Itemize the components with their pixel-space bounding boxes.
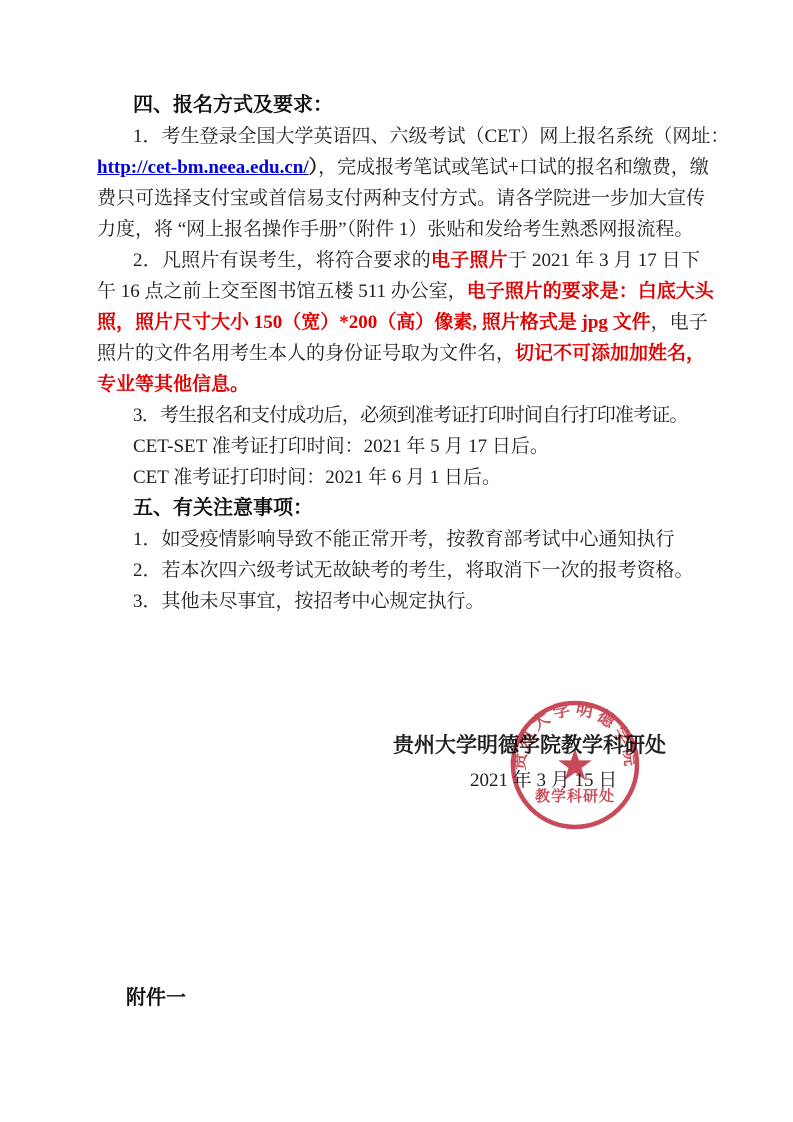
notice-item-1: 1．如受疫情影响导致不能正常开考，按教育部考试中心通知执行 — [97, 524, 700, 555]
notice-item-2: 2．若本次四六级考试无故缺考的考生，将取消下一次的报考资格。 — [97, 555, 700, 586]
para-2-line-3: 照，照片尺寸大小 150（宽）*200（高）像素, 照片格式是 jpg 文件，电… — [97, 307, 700, 338]
para-1-line-1: 1．考生登录全国大学英语四、六级考试（CET）网上报名系统（网址： — [97, 121, 700, 152]
section-heading-5-text: 五、有关注意事项： — [133, 497, 313, 519]
para-3-text: 3．考生报名和支付成功后，必须到准考证打印时间自行打印准考证。 — [133, 405, 688, 426]
cet-set-print-time: CET-SET 准考证打印时间：2021 年 5 月 17 日后。 — [97, 431, 700, 462]
para-2-line-3-red: 照，照片尺寸大小 150（宽）*200（高）像素, 照片格式是 jpg 文件 — [97, 312, 651, 333]
para-1-line-2-text: ，完成报考笔试或笔试+口试的报名和缴费，缴 — [318, 157, 709, 178]
notice-item-3: 3．其他未尽事宜，按招考中心规定执行。 — [97, 586, 700, 617]
official-seal-stamp: 贵州大学明德学院 ★ 教学科研处 — [508, 698, 642, 832]
para-2-line-3-text: ，电子 — [651, 312, 708, 333]
section-heading-5: 五、有关注意事项： — [97, 493, 700, 524]
section-heading-4: 四、报名方式及要求： — [97, 90, 700, 121]
para-1-line-4-text: 力度，将 “网上报名操作手册”（附件 1）张贴和发给考生熟悉网报流程。 — [97, 219, 693, 240]
para-2-line-1-text-a: 2．凡照片有误考生，将符合要求的 — [133, 250, 431, 271]
notice-item-2-text: 2．若本次四六级考试无故缺考的考生，将取消下一次的报考资格。 — [133, 560, 694, 581]
cet-set-print-time-text: CET-SET 准考证打印时间：2021 年 5 月 17 日后。 — [133, 436, 549, 457]
para-1-line-4: 力度，将 “网上报名操作手册”（附件 1）张贴和发给考生熟悉网报流程。 — [97, 214, 700, 245]
para-1-line-2: http://cet-bm.neea.edu.cn/），完成报考笔试或笔试+口试… — [97, 152, 700, 183]
para-1-line-3: 费只可选择支付宝或首信易支付两种支付方式。请各学院进一步加大宣传 — [97, 183, 700, 214]
para-2-line-4-text: 照片的文件名用考生本人的身份证号取为文件名， — [97, 343, 515, 364]
para-2-line-1: 2．凡照片有误考生，将符合要求的电子照片于 2021 年 3 月 17 日下 — [97, 245, 700, 276]
para-1-line-3-text: 费只可选择支付宝或首信易支付两种支付方式。请各学院进一步加大宣传 — [97, 188, 705, 209]
para-3: 3．考生报名和支付成功后，必须到准考证打印时间自行打印准考证。 — [97, 400, 700, 431]
para-2-line-4: 照片的文件名用考生本人的身份证号取为文件名，切记不可添加加姓名， — [97, 338, 700, 369]
para-2-line-4-red: 切记不可添加加姓名， — [515, 343, 705, 364]
para-2-line-2-red: 电子照片的要求是：白底大头 — [467, 281, 714, 302]
cet-print-time: CET 准考证打印时间：2021 年 6 月 1 日后。 — [97, 462, 700, 493]
document-body: 四、报名方式及要求： 1．考生登录全国大学英语四、六级考试（CET）网上报名系统… — [97, 90, 700, 617]
attachment-label: 附件一 — [126, 981, 186, 1010]
seal-star-icon: ★ — [555, 741, 594, 790]
section-heading-4-text: 四、报名方式及要求： — [133, 94, 333, 116]
para-2-line-5: 专业等其他信息。 — [97, 369, 700, 400]
para-2-line-2: 午 16 点之前上交至图书馆五楼 511 办公室，电子照片的要求是：白底大头 — [97, 276, 700, 307]
seal-bottom-text: 教学科研处 — [535, 787, 615, 805]
para-2-line-1-text-c: 于 2021 年 3 月 17 日下 — [508, 250, 700, 271]
para-1-line-2-paren: ） — [309, 157, 319, 178]
para-2-line-1-red: 电子照片 — [431, 250, 508, 271]
registration-url-link[interactable]: http://cet-bm.neea.edu.cn/ — [97, 157, 309, 178]
para-2-line-2-text: 午 16 点之前上交至图书馆五楼 511 办公室， — [97, 281, 467, 302]
para-1-line-1-text: 1．考生登录全国大学英语四、六级考试（CET）网上报名系统（网址： — [133, 126, 729, 147]
document-page: 四、报名方式及要求： 1．考生登录全国大学英语四、六级考试（CET）网上报名系统… — [0, 0, 793, 1122]
notice-item-3-text: 3．其他未尽事宜，按招考中心规定执行。 — [133, 591, 485, 612]
notice-item-1-text: 1．如受疫情影响导致不能正常开考，按教育部考试中心通知执行 — [133, 529, 675, 550]
para-2-line-5-red: 专业等其他信息。 — [97, 374, 249, 395]
cet-print-time-text: CET 准考证打印时间：2021 年 6 月 1 日后。 — [133, 467, 501, 488]
